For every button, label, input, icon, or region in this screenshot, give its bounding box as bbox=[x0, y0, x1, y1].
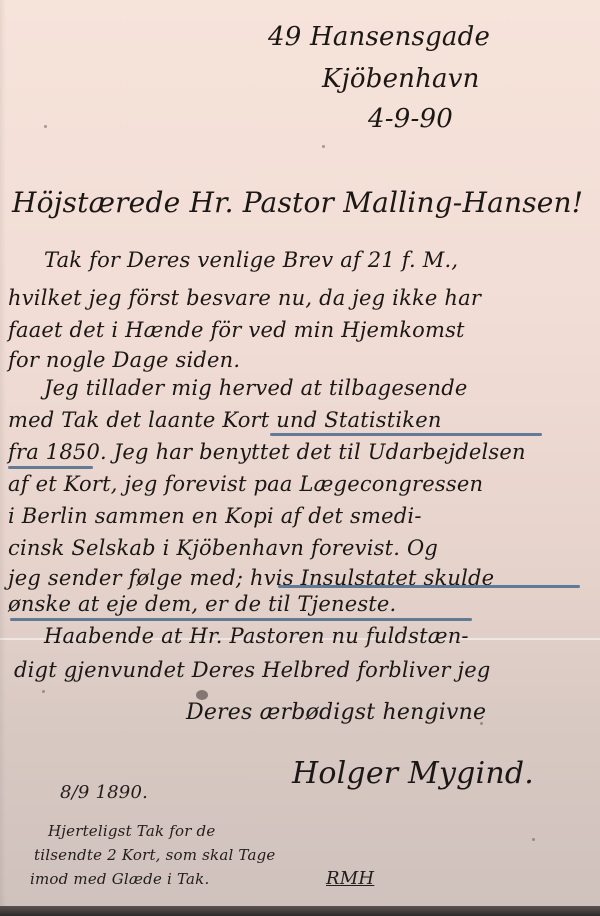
body-line: fra 1850. Jeg har benyttet det til Udarb… bbox=[8, 440, 526, 464]
underline-kort-statistiken bbox=[270, 433, 542, 436]
closing: Deres ærbødigst hengivne bbox=[186, 700, 486, 725]
annotation-initials: RMH bbox=[326, 868, 374, 889]
underline-onske bbox=[10, 618, 472, 621]
ink-blot bbox=[196, 690, 208, 700]
body-line: af et Kort, jeg forevist paa Lægecongres… bbox=[8, 472, 483, 496]
body-line: cinsk Selskab i Kjöbenhavn forevist. Og bbox=[8, 536, 438, 560]
annotation-line: imod med Glæde i Tak. bbox=[30, 870, 209, 888]
paper-speck bbox=[532, 838, 535, 841]
body-line: digt gjenvundet Deres Helbred forbliver … bbox=[14, 658, 491, 682]
page-bottom-edge bbox=[0, 906, 600, 916]
body-line: i Berlin sammen en Kopi af det smedi- bbox=[8, 504, 422, 528]
underline-1850 bbox=[8, 466, 93, 469]
sender-address: 49 Hansensgade bbox=[268, 22, 490, 52]
letter-date: 4-9-90 bbox=[368, 104, 453, 134]
underline-insulstatet bbox=[278, 585, 580, 588]
body-line: med Tak det laante Kort und Statistiken bbox=[8, 408, 442, 432]
annotation-line: Hjerteligst Tak for de bbox=[48, 822, 215, 840]
annotation-date: 8/9 1890. bbox=[60, 782, 148, 803]
body-line: Haabende at Hr. Pastoren nu fuldstæn- bbox=[44, 624, 469, 648]
paper-speck bbox=[322, 145, 325, 148]
sender-city: Kjöbenhavn bbox=[322, 64, 480, 94]
body-line: Tak for Deres venlige Brev af 21 f. M., bbox=[44, 248, 458, 272]
body-line: faaet det i Hænde för ved min Hjemkomst bbox=[8, 318, 465, 342]
signature: Holger Mygind. bbox=[292, 756, 534, 791]
paper-speck bbox=[480, 722, 483, 725]
annotation-line: tilsendte 2 Kort, som skal Tage bbox=[34, 846, 276, 864]
body-line: ønske at eje dem, er de til Tjeneste. bbox=[8, 592, 396, 616]
paper-speck bbox=[42, 690, 45, 693]
letter-page: 49 Hansensgade Kjöbenhavn 4-9-90 Höjstær… bbox=[0, 0, 600, 906]
body-line: hvilket jeg först besvare nu, da jeg ikk… bbox=[8, 286, 481, 310]
body-line: Jeg tillader mig herved at tilbagesende bbox=[44, 376, 468, 400]
salutation: Höjstærede Hr. Pastor Malling-Hansen! bbox=[12, 186, 583, 219]
paper-speck bbox=[44, 125, 47, 128]
body-line: for nogle Dage siden. bbox=[8, 348, 240, 372]
